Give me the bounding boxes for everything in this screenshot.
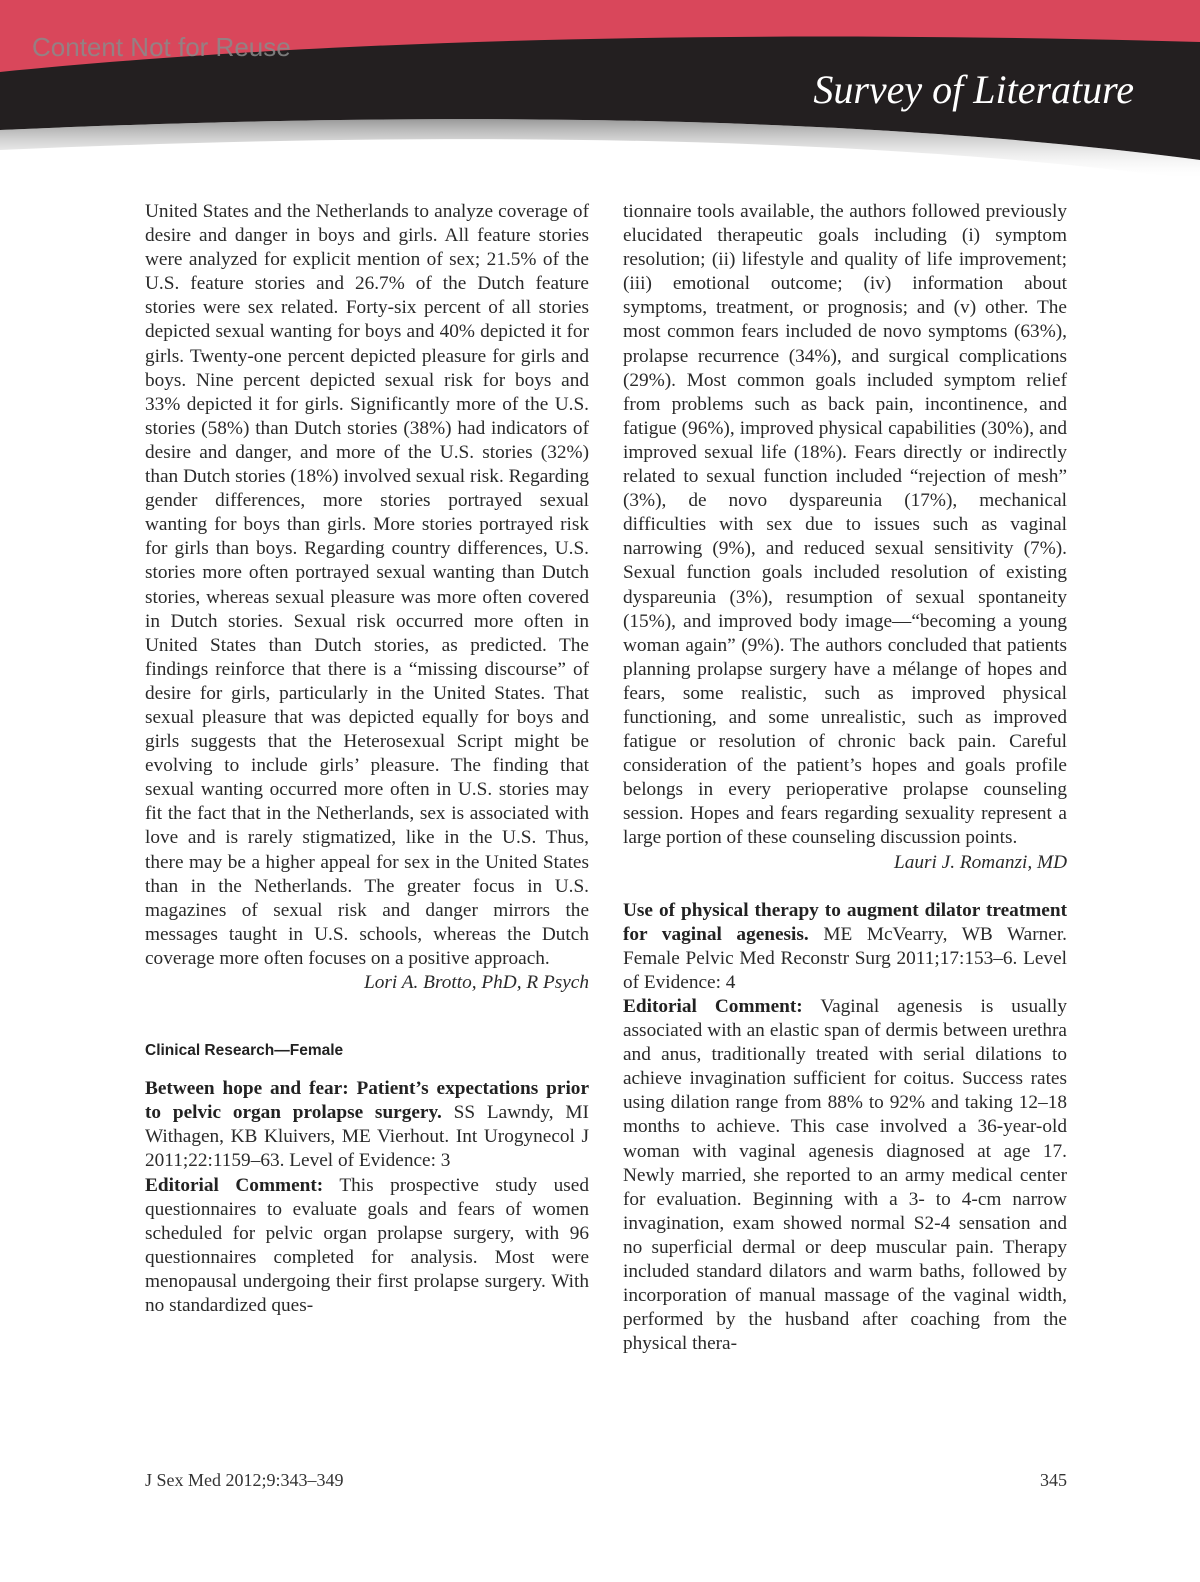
editorial-comment: Editorial Comment: Vaginal agenesis is u…: [623, 995, 1067, 1356]
editorial-label: Editorial Comment:: [623, 996, 803, 1017]
continuation-paragraph: tionnaire tools available, the authors f…: [623, 200, 1067, 851]
header-banner: Content Not for Reuse Survey of Literatu…: [0, 0, 1200, 180]
author-signature: Lori A. Brotto, PhD, R Psych: [145, 971, 589, 995]
editorial-label: Editorial Comment:: [145, 1175, 323, 1196]
right-column: tionnaire tools available, the authors f…: [623, 200, 1067, 1356]
section-heading: Clinical Research—Female: [145, 1039, 589, 1063]
article-entry: Between hope and fear: Patient’s expecta…: [145, 1077, 589, 1173]
editorial-text: Vaginal agenesis is usually associated w…: [623, 996, 1067, 1354]
continuation-paragraph: United States and the Netherlands to ana…: [145, 200, 589, 971]
page-number: 345: [1040, 1470, 1067, 1491]
editorial-comment: Editorial Comment: This prospective stud…: [145, 1174, 589, 1319]
author-signature: Lauri J. Romanzi, MD: [623, 851, 1067, 875]
section-title: Survey of Literature: [813, 66, 1134, 113]
article-entry: Use of physical therapy to augment dilat…: [623, 899, 1067, 995]
left-column: United States and the Netherlands to ana…: [145, 200, 589, 1318]
journal-citation: J Sex Med 2012;9:343–349: [145, 1470, 344, 1491]
watermark: Content Not for Reuse: [32, 32, 291, 63]
spacer: [623, 875, 1067, 899]
